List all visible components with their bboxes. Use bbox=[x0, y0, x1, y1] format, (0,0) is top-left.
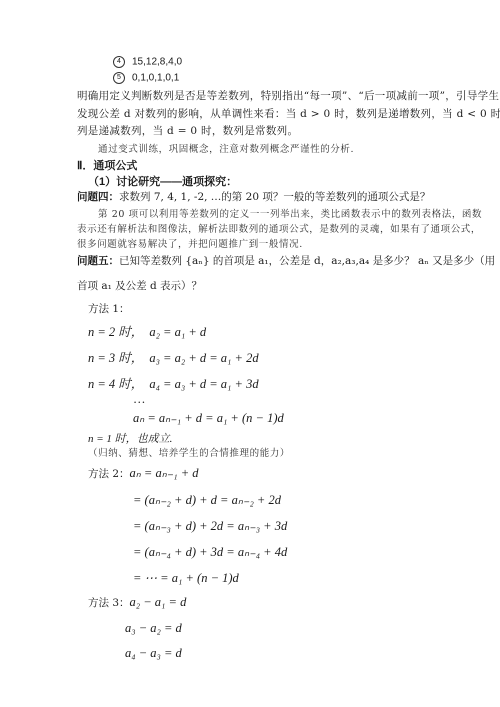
equation: = ⋯ = a₁ + (n − 1)d bbox=[133, 570, 239, 586]
question-label: 问题五： bbox=[77, 255, 119, 267]
method-2: 方法 2：aₙ = aₙ₋₁ + d bbox=[88, 465, 199, 481]
paragraph-line: 发现公差 d 对数列的影响，从单调性来看：当 d > 0 时，数列是递增数列，当… bbox=[77, 106, 500, 121]
question-text: 已知等差数列 {aₙ} 的首项是 a₁，公差是 d，a₂,a₃,a₄ 是多少？ … bbox=[119, 255, 495, 267]
list-item-text: 15,12,8,4,0 bbox=[132, 57, 182, 68]
question-label: 问题四： bbox=[77, 191, 119, 203]
teaching-note: （归纳、猜想、培养学生的合情推理的能力） bbox=[88, 445, 290, 459]
condition: n = 4 时， bbox=[88, 377, 143, 391]
teaching-note: 通过变式训练，巩固概念，注意对数列概念严谨性的分析. bbox=[98, 141, 354, 155]
equation: a₃ = a₂ + d = a₁ + 2d bbox=[149, 351, 258, 365]
general-formula: aₙ = aₙ₋₁ + d = a₁ + (n − 1)d bbox=[133, 410, 284, 426]
condition: n = 2 时， bbox=[88, 325, 143, 339]
equation: a₄ = a₃ + d = a₁ + 3d bbox=[149, 377, 258, 391]
n1-case: n = 1 时，也成立. bbox=[88, 430, 172, 446]
paragraph-line: 明确用定义判断数列是否是等差数列，特别指出“每一项”、“后一项减前一项”，引导学… bbox=[77, 88, 499, 103]
circled-number: 5 bbox=[113, 72, 125, 84]
equation: a₃ − a₂ = d bbox=[125, 621, 182, 636]
method-3: 方法 3：a₂ − a₁ = d bbox=[88, 595, 186, 610]
method-1-label: 方法 1： bbox=[88, 301, 130, 316]
equation: = (aₙ₋₃ + d) + 2d = aₙ₋₃ + 3d bbox=[133, 518, 287, 534]
method-1-line: n = 4 时，a₄ = a₃ + d = a₁ + 3d bbox=[88, 374, 259, 392]
paragraph-line: 表示还有解析法和图像法，解析法即数列的通项公式，是数列的灵魂，如果有了通项公式， bbox=[77, 221, 481, 235]
paragraph-line: 列是递减数列，当 d = 0 时，数列是常数列。 bbox=[77, 123, 298, 138]
circled-number: 4 bbox=[113, 56, 125, 68]
paragraph-line: 第 20 项可以利用等差数列的定义一一列举出来，类比函数表示中的数列表格法，函数 bbox=[98, 206, 482, 220]
equation: = (aₙ₋₄ + d) + 3d = aₙ₋₄ + 4d bbox=[133, 544, 287, 560]
section-heading: Ⅱ．通项公式 bbox=[77, 157, 137, 173]
list-item-text: 0,1,0,1,0,1 bbox=[132, 73, 179, 84]
question-five-cont: 首项 a₁ 及公差 d 表示）？ bbox=[77, 278, 202, 293]
equation: a₂ − a₁ = d bbox=[130, 595, 187, 609]
question-four: 问题四：求数列 7, 4, 1, -2, …的第 20 项？一般的等差数列的通项… bbox=[77, 189, 430, 204]
paragraph-line: 很多问题就容易解决了，并把问题推广到一般情况. bbox=[77, 236, 303, 250]
equation: = (aₙ₋₂ + d) + d = aₙ₋₂ + 2d bbox=[133, 492, 281, 508]
method-3-label: 方法 3： bbox=[88, 597, 130, 609]
question-text: 求数列 7, 4, 1, -2, …的第 20 项？一般的等差数列的通项公式是？ bbox=[119, 191, 430, 203]
equation: a₂ = a₁ + d bbox=[149, 325, 206, 339]
equation: a₄ − a₃ = d bbox=[125, 646, 182, 661]
ellipsis: … bbox=[133, 392, 146, 407]
method-1-line: n = 3 时，a₃ = a₂ + d = a₁ + 2d bbox=[88, 348, 259, 366]
method-2-label: 方法 2： bbox=[88, 468, 130, 480]
equation: aₙ = aₙ₋₁ + d bbox=[130, 466, 199, 480]
list-item-5: 50,1,0,1,0,1 bbox=[113, 72, 179, 84]
subsection-heading: （1）讨论研究——通项探究： bbox=[88, 173, 237, 189]
question-five: 问题五：已知等差数列 {aₙ} 的首项是 a₁，公差是 d，a₂,a₃,a₄ 是… bbox=[77, 253, 495, 268]
list-item-4: 415,12,8,4,0 bbox=[113, 56, 182, 68]
method-1-line: n = 2 时，a₂ = a₁ + d bbox=[88, 322, 206, 340]
condition: n = 3 时， bbox=[88, 351, 143, 365]
